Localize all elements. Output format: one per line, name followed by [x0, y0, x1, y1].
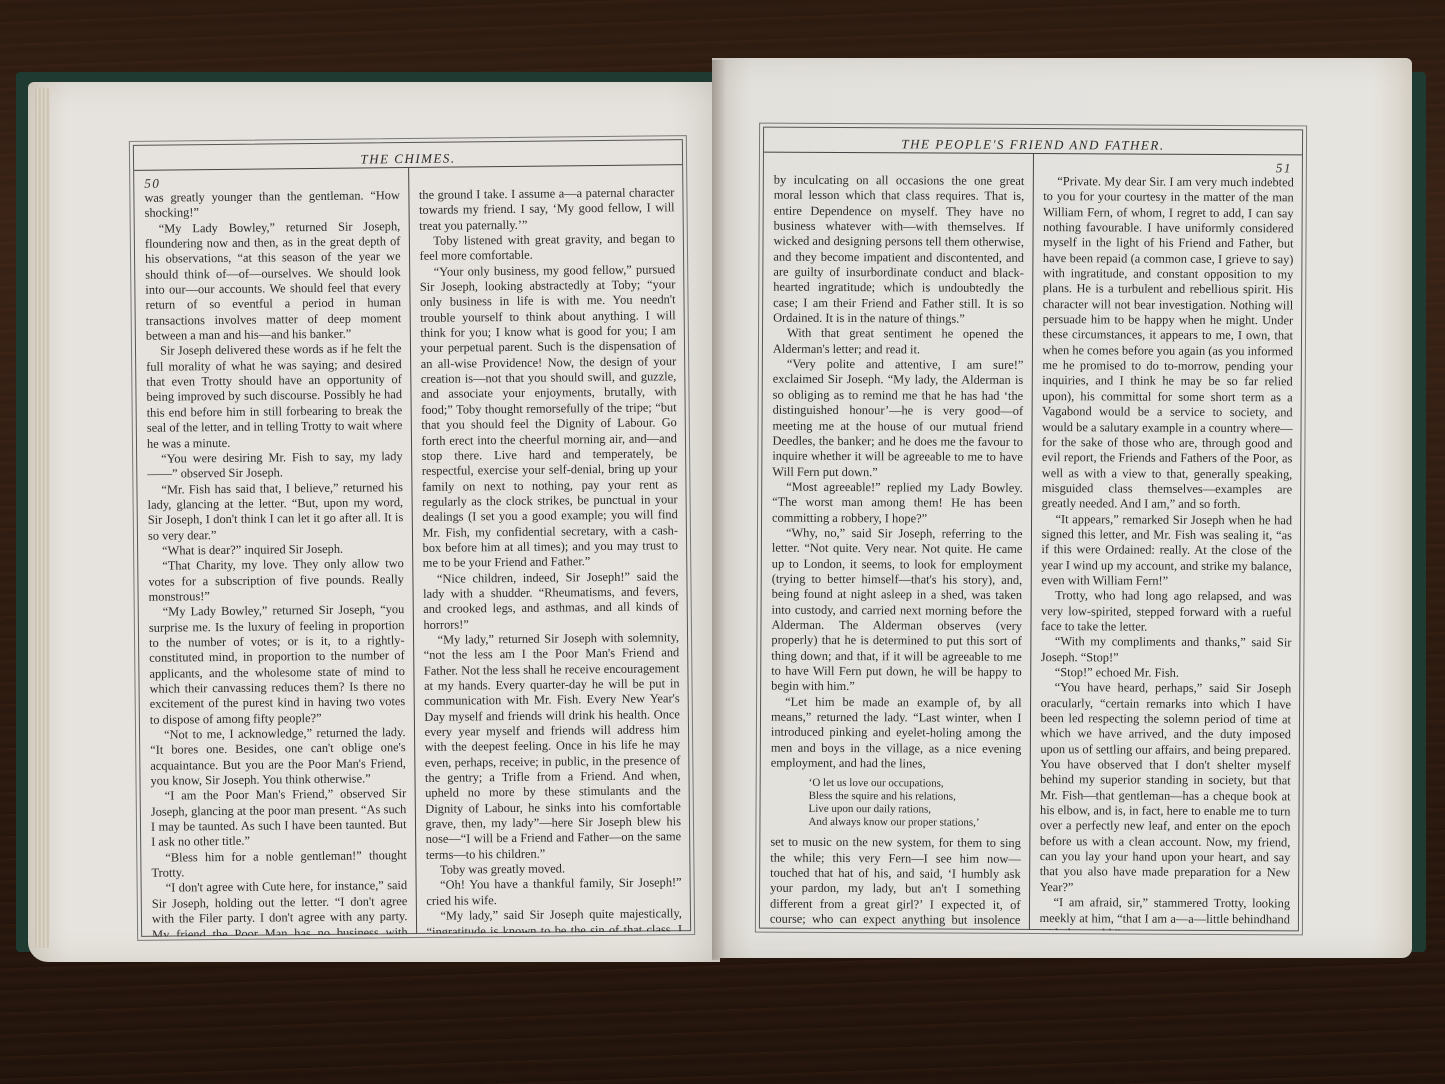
verse-line: Bless the squire and his relations, — [809, 790, 1022, 804]
book-gutter — [712, 60, 726, 960]
right-page-frame: THE PEOPLE'S FRIEND AND FATHER. 51 by in… — [759, 127, 1303, 932]
paragraph: by inculcating on all occasions the one … — [773, 173, 1024, 328]
paragraph: “Private. My dear Sir. I am very much in… — [1042, 174, 1294, 513]
verse-line: Live upon our daily rations, — [808, 803, 1021, 817]
paragraph: “My lady,” said Sir Joseph quite majesti… — [426, 906, 682, 934]
paragraph: With that great sentiment he opened the … — [773, 326, 1024, 358]
paragraph: was greatly younger than the gentleman. … — [144, 188, 400, 221]
paragraph: “Most agreeable!” replied my Lady Bowley… — [772, 480, 1023, 527]
paragraph: “That Charity, my love. They only allow … — [148, 556, 404, 605]
paragraph: “Not to me, I acknowledge,” returned the… — [150, 725, 406, 789]
verse-line: ‘O let us love our occupations, — [809, 777, 1022, 791]
column-1: was greatly younger than the gentleman. … — [134, 168, 416, 937]
paragraph: “Nice children, indeed, Sir Joseph!” sai… — [423, 569, 679, 633]
page-edges — [34, 88, 50, 948]
column-2: “Private. My dear Sir. I am very much in… — [1028, 154, 1302, 931]
running-head-title: THE CHIMES. — [360, 151, 455, 168]
paragraph: set to music on the new system, for them… — [770, 835, 1021, 930]
paragraph: “My lady,” returned Sir Joseph with sole… — [423, 630, 681, 863]
verse-line: And always know our proper stations,’ — [808, 816, 1021, 830]
text-columns: by inculcating on all occasions the one … — [760, 153, 1302, 932]
page-number: 50 — [144, 176, 160, 192]
left-page-frame: THE CHIMES. 50 was greatly younger than … — [133, 139, 691, 937]
verse-quotation: ‘O let us love our occupations, Bless th… — [808, 777, 1021, 830]
paragraph: “My Lady Bowley,” returned Sir Joseph, “… — [149, 602, 406, 727]
paragraph: “I am the Poor Man's Friend,” observed S… — [151, 786, 407, 850]
paragraph: “Let him be made an example of, by all m… — [771, 694, 1022, 772]
running-head: THE PEOPLE'S FRIEND AND FATHER. 51 — [764, 128, 1302, 156]
paragraph: Sir Joseph delivered these words as if h… — [146, 342, 403, 452]
column-1: by inculcating on all occasions the one … — [760, 153, 1033, 930]
paragraph: “Why, no,” said Sir Joseph, referring to… — [771, 526, 1022, 696]
paragraph: “I am afraid, sir,” stammered Trotty, lo… — [1039, 895, 1290, 931]
paragraph: Trotty, who had long ago relapsed, and w… — [1041, 588, 1292, 635]
text-columns: was greatly younger than the gentleman. … — [134, 165, 690, 937]
paragraph: “Stop!” echoed Mr. Fish. — [1041, 665, 1292, 682]
paragraph: “Very polite and attentive, I am sure!” … — [772, 357, 1023, 481]
paragraph: the ground I take. I assume a—a paternal… — [419, 185, 675, 234]
paragraph: “My Lady Bowley,” returned Sir Joseph, f… — [145, 219, 402, 344]
paragraph: “It appears,” remarked Sir Joseph when h… — [1041, 512, 1292, 590]
paragraph: “I don't agree with Cute here, for insta… — [152, 879, 409, 937]
paragraph: “Bless him for a noble gentleman!” thoug… — [151, 848, 407, 881]
running-head-title: THE PEOPLE'S FRIEND AND FATHER. — [901, 136, 1164, 153]
paragraph: “Oh! You have a thankful family, Sir Jos… — [426, 876, 682, 909]
paragraph: “With my compliments and thanks,” said S… — [1041, 634, 1292, 666]
paragraph: “You were desiring Mr. Fish to say, my l… — [147, 449, 403, 482]
paragraph: “Mr. Fish has said that, I believe,” ret… — [147, 480, 403, 544]
page-number: 51 — [1276, 160, 1292, 176]
paragraph: Toby listened with great gravity, and be… — [419, 231, 675, 264]
paragraph: “You have heard, perhaps,” said Sir Jose… — [1040, 680, 1292, 896]
paragraph: “Your only business, my good fellow,” pu… — [420, 262, 679, 572]
column-2: the ground I take. I assume a—a paternal… — [408, 165, 691, 934]
